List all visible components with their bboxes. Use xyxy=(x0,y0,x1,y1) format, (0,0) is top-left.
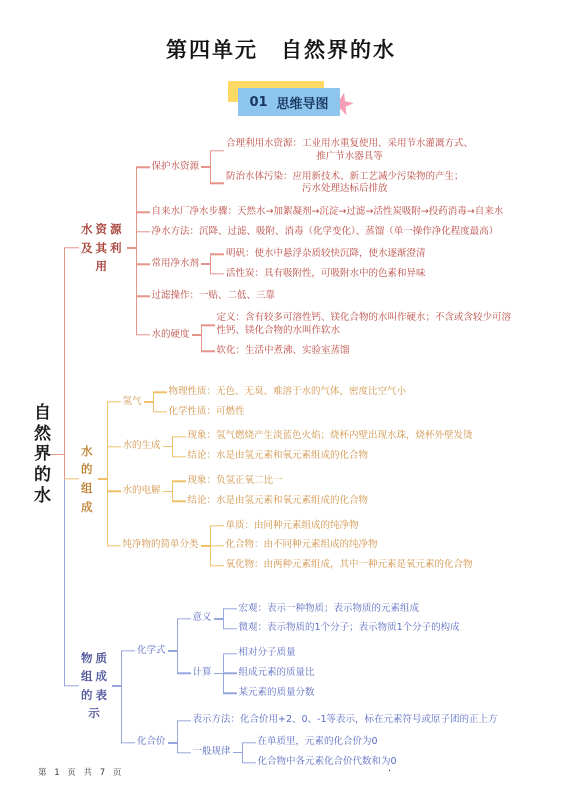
mindmap-node: 氢气物理性质：无色、无臭、难溶于水的气体，密度比空气小化学性质：可燃性 xyxy=(121,382,409,422)
children-group: 物理性质：无色、无臭、难溶于水的气体，密度比空气小化学性质：可燃性 xyxy=(153,382,409,422)
children-group: 单质：由同种元素组成的纯净物化合物：由不同种元素组成的纯净物氧化物：由两种元素组… xyxy=(210,516,475,575)
children-group: 现象：负氢正氧二比一结论：水是由氢元素和氧元素组成的化合物 xyxy=(172,472,371,512)
leaf-text: 化合物中各元素化合价代数和为0 xyxy=(256,755,399,770)
tree-row: 化合物中各元素化合价代数和为0 xyxy=(242,753,399,773)
mindmap-leaf: 物理性质：无色、无臭、难溶于水的气体，密度比空气小 xyxy=(167,385,409,400)
page-title: 第四单元 自然界的水 xyxy=(0,34,562,64)
tree-row: 单质：由同种元素组成的纯净物 xyxy=(210,516,475,536)
mindmap-leaf: 防治水体污染：应用新技术、新工艺减少污染物的产生； 污水处理达标后排放 xyxy=(224,170,466,198)
children-group: 化学式意义宏观：表示一种物质；表示物质的元素组成微观：表示物质的1个分子；表示物… xyxy=(121,594,500,778)
main-branch-blue: 物质 组成 的表 示化学式意义宏观：表示一种物质；表示物质的元素组成微观：表示物… xyxy=(64,586,513,786)
mindmap-node: 物质 组成 的表 示化学式意义宏观：表示一种物质；表示物质的元素组成微观：表示物… xyxy=(79,594,500,778)
mindmap-leaf: 化合物中各元素化合价代数和为0 xyxy=(256,755,399,770)
leaf-text: 组成元素的质量比 xyxy=(237,666,317,681)
connector xyxy=(168,650,177,651)
leaf-text: 在单质里，元素的化合价为0 xyxy=(256,735,380,750)
branch-label: 水 的 组 成 xyxy=(79,441,98,518)
tree-row: 纯净物的简单分类单质：由同种元素组成的纯净物化合物：由不同种元素组成的纯净物氧化… xyxy=(107,514,475,578)
branch-label: 物质 组成 的表 示 xyxy=(79,648,112,725)
mindmap-leaf: 微观：表示物质的1个分子；表示物质1个分子的构成 xyxy=(237,621,462,636)
leaf-text: 单质：由同种元素组成的纯净物 xyxy=(224,519,361,534)
tree-row: 化合价表示方法：化合价用+2、0、-1等表示，标在元素符号或原子团的正上方一般规… xyxy=(121,708,500,777)
leaf-text: 氧化物：由两种元素组成，其中一种元素是氧元素的化合物 xyxy=(224,558,475,573)
node-label: 氢气 xyxy=(121,395,144,410)
tree-row: 化学式意义宏观：表示一种物质；表示物质的元素组成微观：表示物质的1个分子；表示物… xyxy=(121,594,500,708)
connector xyxy=(98,478,107,479)
leaf-text: 某元素的质量分数 xyxy=(237,686,317,701)
main-branch-red: 水资源 及其利 用保护水资源合理利用水资源：工业用水重复使用、采用节水灌溉方式、… xyxy=(64,124,513,372)
mindmap-leaf: 某元素的质量分数 xyxy=(237,686,317,701)
leaf-text: 结论：水是由氢元素和氧元素组成的化合物 xyxy=(186,449,371,464)
root-connector xyxy=(51,454,64,455)
tree-row: 净水方法：沉降、过滤、吸附、消毒（化学变化）、蒸馏（单一操作净化程度最高） xyxy=(136,222,514,242)
mindmap-leaf: 氧化物：由两种元素组成，其中一种元素是氧元素的化合物 xyxy=(224,558,475,573)
leaf-text: 结论：水是由氢元素和氧元素组成的化合物 xyxy=(186,494,371,509)
mindmap-node: 水的电解现象：负氢正氧二比一结论：水是由氢元素和氧元素组成的化合物 xyxy=(121,472,371,512)
tree-row: 现象：氢气燃烧产生淡蓝色火焰；烧杯内壁出现水珠，烧杯外壁发烫 xyxy=(172,427,475,447)
tree-row: 宏观：表示一种物质；表示物质的元素组成 xyxy=(223,599,462,619)
leaf-text: 合理利用水资源：工业用水重复使用、采用节水灌溉方式、 推广节水器具等 xyxy=(224,137,475,165)
tree-row: 物理性质：无色、无臭、难溶于水的气体，密度比空气小 xyxy=(153,382,409,402)
tree-row: 常用净水剂明矾：使水中悬浮杂质较快沉降，使水逐渐澄清活性炭：具有吸附性，可吸附水… xyxy=(136,242,514,287)
mindmap-node: 化学式意义宏观：表示一种物质；表示物质的元素组成微观：表示物质的1个分子；表示物… xyxy=(135,597,462,706)
tree-row: 计算相对分子质量组成元素的质量比某元素的质量分数 xyxy=(177,641,462,705)
connector xyxy=(201,263,210,264)
children-group: 在单质里，元素的化合价为0化合物中各元素化合价代数和为0 xyxy=(242,733,399,773)
connector xyxy=(192,334,201,335)
leaf-text: 自来水厂净水步骤：天然水→加絮凝剂→沉淀→过滤→活性炭吸附→投药消毒→自来水 xyxy=(150,205,506,220)
main-branch-orange: 水 的 组 成氢气物理性质：无色、无臭、难溶于水的气体，密度比空气小化学性质：可… xyxy=(64,372,513,586)
children-group: 保护水资源合理利用水资源：工业用水重复使用、采用节水灌溉方式、 推广节水器具等防… xyxy=(136,132,514,364)
branch-label: 水资源 及其利 用 xyxy=(79,219,127,277)
tree-row: 定义：含有较多可溶性钙、镁化合物的水叫作硬水；不含或含较少可溶 性钙、镁化合物的… xyxy=(201,309,514,342)
children-group: 现象：氢气燃烧产生淡蓝色火焰；烧杯内壁出现水珠，烧杯外壁发烫结论：水是由氢元素和… xyxy=(172,427,475,467)
tree-row: 某元素的质量分数 xyxy=(223,683,317,703)
tree-row: 结论：水是由氢元素和氧元素组成的化合物 xyxy=(172,491,371,511)
connector xyxy=(127,247,136,248)
mindmap-node: 常用净水剂明矾：使水中悬浮杂质较快沉降，使水逐渐澄清活性炭：具有吸附性，可吸附水… xyxy=(150,244,428,284)
leaf-text: 物理性质：无色、无臭、难溶于水的气体，密度比空气小 xyxy=(167,385,409,400)
tree-row: 活性炭：具有吸附性，可吸附水中的色素和异味 xyxy=(210,264,428,284)
mindmap-node: 保护水资源合理利用水资源：工业用水重复使用、采用节水灌溉方式、 推广节水器具等防… xyxy=(150,135,476,200)
children-group: 定义：含有较多可溶性钙、镁化合物的水叫作硬水；不含或含较少可溶 性钙、镁化合物的… xyxy=(201,309,514,361)
tree-row: 保护水资源合理利用水资源：工业用水重复使用、采用节水灌溉方式、 推广节水器具等防… xyxy=(136,132,514,202)
connector xyxy=(214,618,223,619)
tree-row: 自来水厂净水步骤：天然水→加絮凝剂→沉淀→过滤→活性炭吸附→投药消毒→自来水 xyxy=(136,202,514,222)
node-label: 水的生成 xyxy=(121,439,163,454)
mindmap-node: 一般规律在单质里，元素的化合价为0化合物中各元素化合价代数和为0 xyxy=(191,733,399,773)
mindmap-leaf: 净水方法：沉降、过滤、吸附、消毒（化学变化）、蒸馏（单一操作净化程度最高） xyxy=(150,225,501,240)
mindmap-leaf: 合理利用水资源：工业用水重复使用、采用节水灌溉方式、 推广节水器具等 xyxy=(224,137,475,165)
connector xyxy=(163,446,172,447)
connector xyxy=(214,673,223,674)
node-label: 意义 xyxy=(191,611,214,626)
mindmap-leaf: 相对分子质量 xyxy=(237,646,298,661)
branches-container: 水资源 及其利 用保护水资源合理利用水资源：工业用水重复使用、采用节水灌溉方式、… xyxy=(64,124,513,786)
root-node: 自 然 界 的 水 xyxy=(34,403,51,507)
mindmap-node: 意义宏观：表示一种物质；表示物质的元素组成微观：表示物质的1个分子；表示物质1个… xyxy=(191,599,462,639)
connector xyxy=(163,491,172,492)
badge-number: 01 xyxy=(249,95,267,110)
connector xyxy=(201,545,210,546)
mindmap-leaf: 化合物：由不同种元素组成的纯净物 xyxy=(224,538,380,553)
leaf-text: 宏观：表示一种物质；表示物质的元素组成 xyxy=(237,602,422,617)
mindmap-leaf: 现象：氢气燃烧产生淡蓝色火焰；烧杯内壁出现水珠，烧杯外壁发烫 xyxy=(186,429,475,444)
children-group: 宏观：表示一种物质；表示物质的元素组成微观：表示物质的1个分子；表示物质1个分子… xyxy=(223,599,462,639)
tree-row: 水的生成现象：氢气燃烧产生淡蓝色火焰；烧杯内壁出现水珠，烧杯外壁发烫结论：水是由… xyxy=(107,424,475,469)
tree-row: 水的电解现象：负氢正氧二比一结论：水是由氢元素和氧元素组成的化合物 xyxy=(107,469,475,514)
tree-row: 现象：负氢正氧二比一 xyxy=(172,472,371,492)
mindmap-leaf: 宏观：表示一种物质；表示物质的元素组成 xyxy=(237,602,422,617)
leaf-text: 防治水体污染：应用新技术、新工艺减少污染物的产生； 污水处理达标后排放 xyxy=(224,170,466,198)
tree-row: 意义宏观：表示一种物质；表示物质的元素组成微观：表示物质的1个分子；表示物质1个… xyxy=(177,597,462,642)
tree-row: 氢气物理性质：无色、无臭、难溶于水的气体，密度比空气小化学性质：可燃性 xyxy=(107,380,475,425)
node-label: 保护水资源 xyxy=(150,160,202,175)
mindmap-node: 水资源 及其利 用保护水资源合理利用水资源：工业用水重复使用、采用节水灌溉方式、… xyxy=(79,132,513,364)
tree-row: 化学性质：可燃性 xyxy=(153,402,409,422)
mindmap-leaf: 组成元素的质量比 xyxy=(237,666,317,681)
connector xyxy=(233,752,242,753)
connector xyxy=(201,166,210,167)
node-label: 一般规律 xyxy=(191,745,233,760)
tree-row: 在单质里，元素的化合价为0 xyxy=(242,733,399,753)
leaf-text: 过滤操作：一贴、二低、三靠 xyxy=(150,289,278,304)
leaf-text: 活性炭：具有吸附性，可吸附水中的色素和异味 xyxy=(224,267,428,282)
node-label: 计算 xyxy=(191,666,214,681)
tree-row: 明矾：使水中悬浮杂质较快沉降，使水逐渐澄清 xyxy=(210,244,428,264)
node-label: 水的硬度 xyxy=(150,328,192,343)
tree-row: 一般规律在单质里，元素的化合价为0化合物中各元素化合价代数和为0 xyxy=(177,730,500,775)
leaf-text: 定义：含有较多可溶性钙、镁化合物的水叫作硬水；不含或含较少可溶 性钙、镁化合物的… xyxy=(215,311,514,339)
connector xyxy=(112,685,121,686)
mindmap-leaf: 软化：生活中煮沸、实验室蒸馏 xyxy=(215,344,352,359)
tree-row: 氧化物：由两种元素组成，其中一种元素是氧元素的化合物 xyxy=(210,556,475,576)
mindmap-node: 水的硬度定义：含有较多可溶性钙、镁化合物的水叫作硬水；不含或含较少可溶 性钙、镁… xyxy=(150,309,514,361)
mindmap-leaf: 表示方法：化合价用+2、0、-1等表示，标在元素符号或原子团的正上方 xyxy=(191,713,500,728)
tree-row: 微观：表示物质的1个分子；表示物质1个分子的构成 xyxy=(223,619,462,639)
node-label: 纯净物的简单分类 xyxy=(121,538,201,553)
tree-row: 表示方法：化合价用+2、0、-1等表示，标在元素符号或原子团的正上方 xyxy=(177,711,500,731)
connector xyxy=(144,401,153,402)
connector xyxy=(168,742,177,743)
mindmap-leaf: 过滤操作：一贴、二低、三靠 xyxy=(150,289,278,304)
mindmap-leaf: 结论：水是由氢元素和氧元素组成的化合物 xyxy=(186,494,371,509)
document-page: 第四单元 自然界的水 01 思维导图 ★ 自 然 界 的 水 水资源 及其利 用… xyxy=(0,0,562,800)
mindmap-leaf: 单质：由同种元素组成的纯净物 xyxy=(224,519,361,534)
node-label: 化合价 xyxy=(135,735,168,750)
tree-row: 防治水体污染：应用新技术、新工艺减少污染物的产生； 污水处理达标后排放 xyxy=(210,167,475,200)
tree-row: 结论：水是由氢元素和氧元素组成的化合物 xyxy=(172,447,475,467)
mindmap-node: 水的生成现象：氢气燃烧产生淡蓝色火焰；烧杯内壁出现水珠，烧杯外壁发烫结论：水是由… xyxy=(121,427,475,467)
page-number: 第 1 页 共 7 页 xyxy=(38,766,124,778)
children-group: 氢气物理性质：无色、无臭、难溶于水的气体，密度比空气小化学性质：可燃性水的生成现… xyxy=(107,380,475,578)
leaf-text: 相对分子质量 xyxy=(237,646,298,661)
mindmap-leaf: 活性炭：具有吸附性，可吸附水中的色素和异味 xyxy=(224,267,428,282)
leaf-text: 净水方法：沉降、过滤、吸附、消毒（化学变化）、蒸馏（单一操作净化程度最高） xyxy=(150,225,501,240)
children-group: 意义宏观：表示一种物质；表示物质的元素组成微观：表示物质的1个分子；表示物质1个… xyxy=(177,597,462,706)
leaf-text: 表示方法：化合价用+2、0、-1等表示，标在元素符号或原子团的正上方 xyxy=(191,713,500,728)
children-group: 表示方法：化合价用+2、0、-1等表示，标在元素符号或原子团的正上方一般规律在单… xyxy=(177,711,500,775)
children-group: 相对分子质量组成元素的质量比某元素的质量分数 xyxy=(223,644,317,703)
node-label: 水的电解 xyxy=(121,484,163,499)
mindmap: 自 然 界 的 水 水资源 及其利 用保护水资源合理利用水资源：工业用水重复使用… xyxy=(34,124,513,786)
leaf-text: 现象：负氢正氧二比一 xyxy=(186,474,285,489)
leaf-text: 现象：氢气燃烧产生淡蓝色火焰；烧杯内壁出现水珠，烧杯外壁发烫 xyxy=(186,429,475,444)
mindmap-leaf: 化学性质：可燃性 xyxy=(167,405,247,420)
tree-row: 组成元素的质量比 xyxy=(223,664,317,684)
mindmap-node: 水 的 组 成氢气物理性质：无色、无臭、难溶于水的气体，密度比空气小化学性质：可… xyxy=(79,380,475,578)
children-group: 明矾：使水中悬浮杂质较快沉降，使水逐渐澄清活性炭：具有吸附性，可吸附水中的色素和… xyxy=(210,244,428,284)
mindmap-node: 化合价表示方法：化合价用+2、0、-1等表示，标在元素符号或原子团的正上方一般规… xyxy=(135,711,500,775)
mindmap-node: 计算相对分子质量组成元素的质量比某元素的质量分数 xyxy=(191,644,317,703)
mindmap-leaf: 在单质里，元素的化合价为0 xyxy=(256,735,380,750)
stray-mark: . xyxy=(388,763,391,774)
tree-row: 过滤操作：一贴、二低、三靠 xyxy=(136,287,514,307)
mindmap-leaf: 明矾：使水中悬浮杂质较快沉降，使水逐渐澄清 xyxy=(224,247,428,262)
node-label: 化学式 xyxy=(135,644,168,659)
tree-row: 软化：生活中煮沸、实验室蒸馏 xyxy=(201,341,514,361)
badge-label: 思维导图 xyxy=(277,93,329,112)
leaf-text: 微观：表示物质的1个分子；表示物质1个分子的构成 xyxy=(237,621,462,636)
badge-section: 01 思维导图 xyxy=(238,88,340,116)
mindmap-leaf: 现象：负氢正氧二比一 xyxy=(186,474,285,489)
tree-row: 相对分子质量 xyxy=(223,644,317,664)
leaf-text: 化合物：由不同种元素组成的纯净物 xyxy=(224,538,380,553)
mindmap-leaf: 定义：含有较多可溶性钙、镁化合物的水叫作硬水；不含或含较少可溶 性钙、镁化合物的… xyxy=(215,311,514,339)
mindmap-node: 纯净物的简单分类单质：由同种元素组成的纯净物化合物：由不同种元素组成的纯净物氧化… xyxy=(121,516,475,575)
tree-row: 合理利用水资源：工业用水重复使用、采用节水灌溉方式、 推广节水器具等 xyxy=(210,135,475,168)
mindmap-leaf: 结论：水是由氢元素和氧元素组成的化合物 xyxy=(186,449,371,464)
leaf-text: 明矾：使水中悬浮杂质较快沉降，使水逐渐澄清 xyxy=(224,247,428,262)
children-group: 合理利用水资源：工业用水重复使用、采用节水灌溉方式、 推广节水器具等防治水体污染… xyxy=(210,135,475,200)
leaf-text: 软化：生活中煮沸、实验室蒸馏 xyxy=(215,344,352,359)
tree-row: 水的硬度定义：含有较多可溶性钙、镁化合物的水叫作硬水；不含或含较少可溶 性钙、镁… xyxy=(136,306,514,363)
node-label: 常用净水剂 xyxy=(150,257,202,272)
tree-row: 化合物：由不同种元素组成的纯净物 xyxy=(210,536,475,556)
leaf-text: 化学性质：可燃性 xyxy=(167,405,247,420)
mindmap-leaf: 自来水厂净水步骤：天然水→加絮凝剂→沉淀→过滤→活性炭吸附→投药消毒→自来水 xyxy=(150,205,506,220)
